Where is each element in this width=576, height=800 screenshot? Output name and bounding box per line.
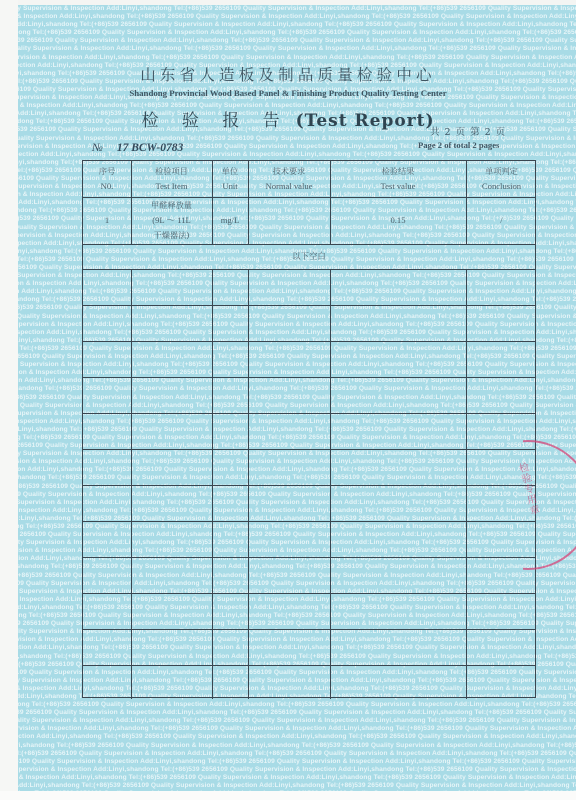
table-col-rule <box>212 269 213 699</box>
row-1-no: 1 <box>83 213 131 228</box>
table-rule <box>83 521 535 522</box>
table-col-rule <box>466 269 467 699</box>
report-number-value: 17 BCW-0783 <box>117 142 183 154</box>
page-count-cn: 共 2 页 第 2 页 <box>430 124 506 138</box>
test-results-table: 序号 N0. 检验项目 Test Item 单位 Unit 技术要求 Norma… <box>82 160 536 698</box>
row-1-unit: mg/L <box>212 213 248 228</box>
microtext-line: Quality Supervision & Inspection Add:Lin… <box>18 742 576 750</box>
table-rule <box>83 305 535 306</box>
microtext-line: Quality Supervision & Inspection Add:Lin… <box>18 21 576 29</box>
table-rule <box>83 449 535 450</box>
microtext-line: Quality Supervision & Inspection Add:Lin… <box>18 782 576 790</box>
microtext-line: Quality Supervision & Inspection Add:Lin… <box>18 774 576 782</box>
row-1-test-value: 0.15 <box>330 213 466 228</box>
header-test-item: 检验项目 Test Item <box>131 164 212 194</box>
report-title-en: (Test Report) <box>296 111 435 131</box>
microtext-line: Quality Supervision & Inspection Add:Lin… <box>18 709 576 717</box>
row-1-test-item: 甲醛释放量 (9L ～ 11L 干燥器法) <box>131 198 212 243</box>
page-bottom-margin <box>0 791 576 800</box>
table-rule <box>83 269 535 270</box>
microtext-line: Quality Supervision & Inspection Add:Lin… <box>18 54 576 62</box>
blank-below-note: 以下空白 <box>83 250 535 262</box>
report-title-cn: 检 验 报 告 <box>141 111 288 131</box>
microtext-line: Quality Supervision & Inspection Add:Lin… <box>18 750 576 758</box>
table-rule <box>83 413 535 414</box>
table-rule <box>83 377 535 378</box>
table-col-rule <box>330 269 331 699</box>
header-no: 序号 N0. <box>83 164 131 194</box>
report-number: №17 BCW-0783 <box>92 142 183 154</box>
table-rule <box>83 557 535 558</box>
microtext-line: Quality Supervision & Inspection Add:Lin… <box>18 37 576 45</box>
header-normal-value: 技术要求 Normal value <box>248 164 330 194</box>
report-number-label: № <box>92 142 103 154</box>
microtext-line: Quality Supervision & Inspection Add:Lin… <box>18 733 576 741</box>
header-unit: 单位 Unit <box>212 164 248 194</box>
microtext-line: Quality Supervision & Inspection Add:Lin… <box>18 701 576 709</box>
microtext-line: Quality Supervision & Inspection Add:Lin… <box>18 758 576 766</box>
org-name-en: Shandong Provincial Wood Based Panel & F… <box>0 88 576 98</box>
microtext-line: Quality Supervision & Inspection Add:Lin… <box>18 725 576 733</box>
table-rule <box>83 665 535 666</box>
microtext-line: Quality Supervision & Inspection Add:Lin… <box>18 766 576 774</box>
page-count-en: Page 2 of total 2 pages <box>418 140 499 150</box>
microtext-line: Quality Supervision & Inspection Add:Lin… <box>18 13 576 21</box>
table-col-rule <box>131 269 132 699</box>
table-rule <box>83 244 535 245</box>
table-rule <box>83 485 535 486</box>
table-rule <box>83 593 535 594</box>
header-conclusion: 单项判定 Conclusion <box>466 164 537 194</box>
microtext-line: Quality Supervision & Inspection Add:Lin… <box>18 29 576 37</box>
row-1-conclusion: / <box>466 213 537 228</box>
microtext-line: Quality Supervision & Inspection Add:Lin… <box>18 717 576 725</box>
table-rule <box>83 629 535 630</box>
microtext-line: Quality Supervision & Inspection Add:Lin… <box>18 45 576 53</box>
table-col-rule <box>248 269 249 699</box>
microtext-line: Quality Supervision & Inspection Add:Lin… <box>18 5 576 13</box>
table-rule <box>83 341 535 342</box>
header-test-value: 检验结果 Test value <box>330 164 466 194</box>
org-name-cn: 山东省人造板及制品质量检验中心 <box>0 63 576 85</box>
